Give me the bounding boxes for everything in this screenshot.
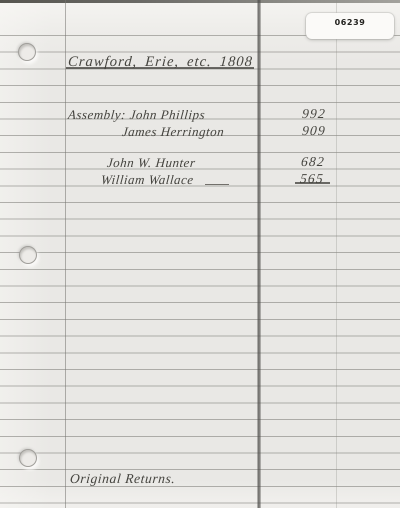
entry-name: James Herrington: [121, 124, 225, 140]
entry-value: 682: [295, 154, 330, 170]
catalog-sticker: 06239: [306, 13, 394, 39]
right-crease-line: [336, 0, 337, 508]
footer-note: Original Returns.: [69, 471, 176, 487]
center-divider-line: [257, 0, 261, 508]
punch-hole-top: [18, 43, 36, 61]
name-underline-tail: [205, 184, 229, 185]
entry-name: William Wallace: [100, 172, 194, 188]
scan-top-edge: [0, 0, 400, 3]
entry-name: Assembly: John Phillips: [67, 107, 206, 123]
catalog-number: 06239: [306, 13, 394, 27]
entry-name: John W. Hunter: [106, 155, 196, 171]
entry-value: 992: [296, 106, 331, 122]
entry-value: 909: [296, 123, 331, 139]
punch-hole-middle: [19, 246, 37, 264]
scanned-ledger-page: 06239 Crawford, Erie, etc. 1808 Assembly…: [0, 0, 400, 508]
title-underline: [66, 67, 254, 69]
entry-value: 565: [294, 171, 329, 187]
left-margin-line: [65, 0, 66, 508]
punch-hole-bottom: [19, 449, 37, 467]
value-underline: [295, 182, 330, 184]
ruled-lines: [0, 35, 400, 505]
